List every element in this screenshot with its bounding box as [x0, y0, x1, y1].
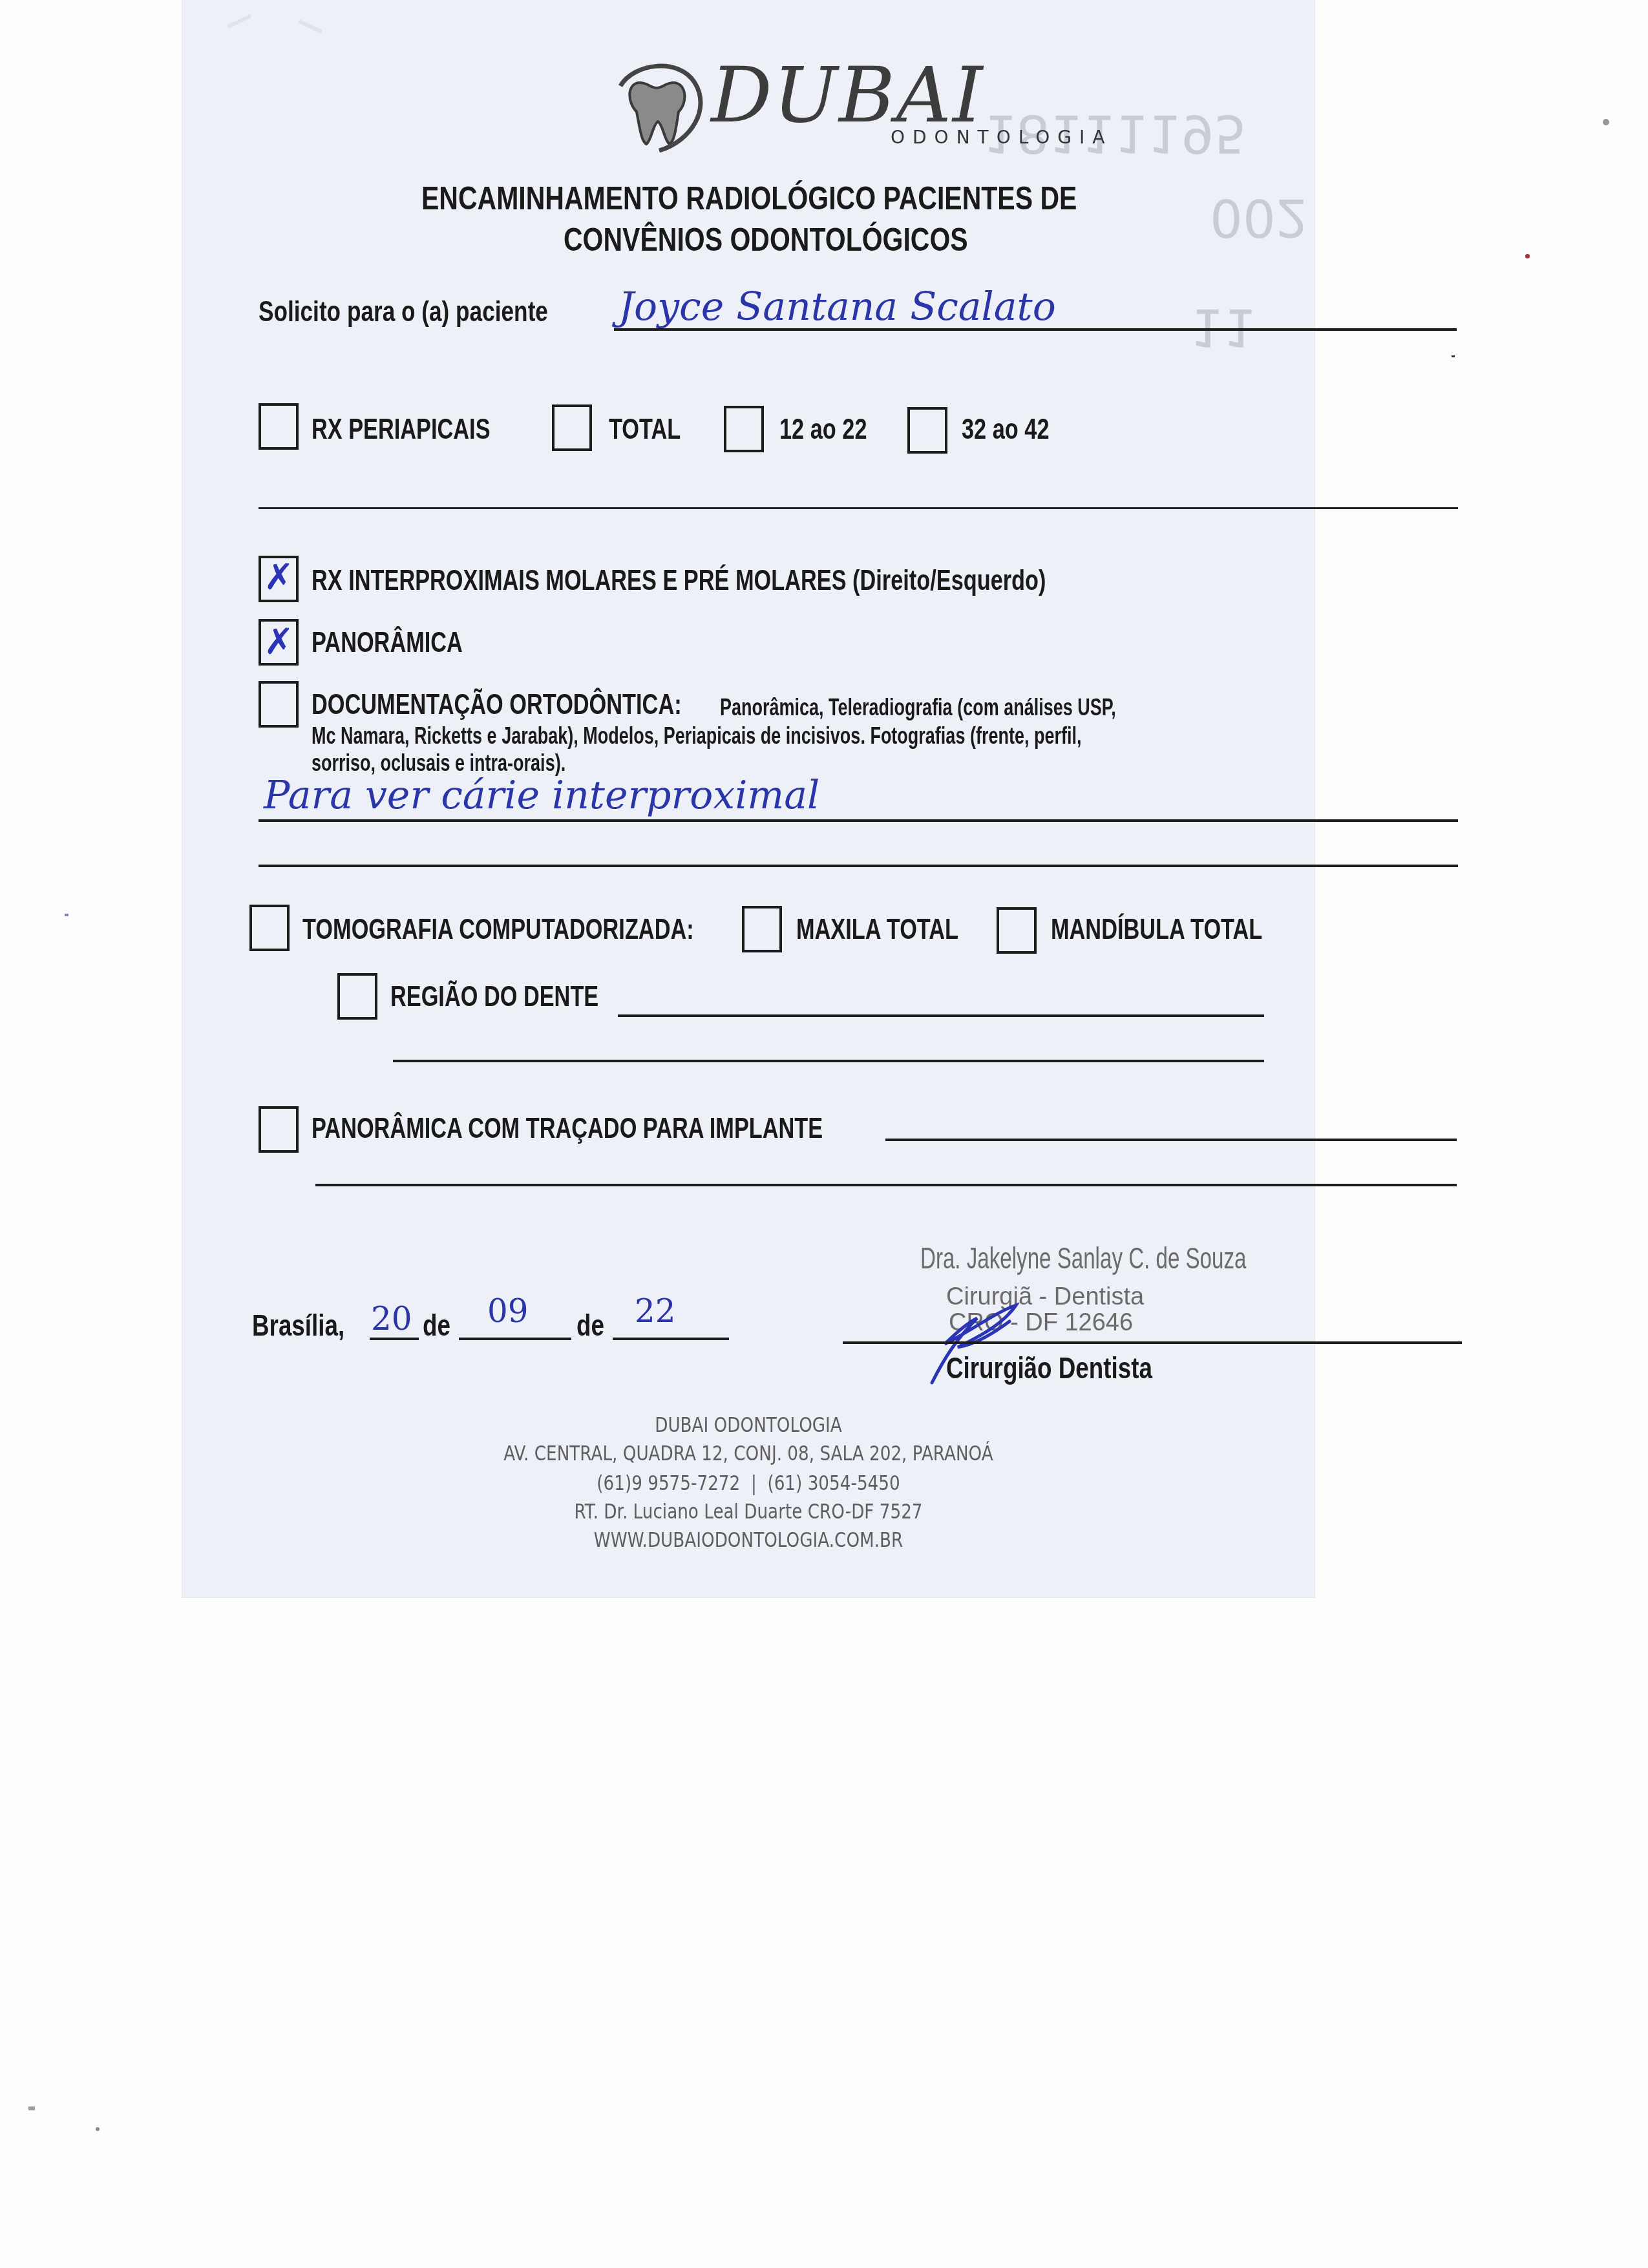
notes-line-1 [259, 819, 1458, 822]
date-city: Brasília, [252, 1308, 344, 1343]
check-mark-icon: ✗ [264, 560, 294, 596]
patient-name-field[interactable]: Joyce Santana Scalato [618, 284, 1056, 330]
ghost-mark: 11 [1190, 297, 1256, 357]
regiao-dente-label: REGIÃO DO DENTE [390, 981, 598, 1013]
tooth-icon [614, 57, 711, 154]
mandibula-total-label: MANDÍBULA TOTAL [1051, 914, 1262, 946]
footer-phones: (61)9 9575-7272 | (61) 3054-5450 [284, 1471, 1213, 1495]
scan-speck [1525, 254, 1530, 258]
date-de-2: de [576, 1308, 604, 1343]
signature-line [843, 1341, 1462, 1344]
page-title-line1: ENCAMINHAMENTO RADIOLÓGICO PACIENTES DE [421, 180, 1077, 217]
scan-speck [28, 2106, 35, 2110]
documentacao-label: DOCUMENTAÇÃO ORTODÔNTICA: [312, 689, 682, 721]
documentacao-checkbox[interactable] [259, 681, 299, 728]
rx-periapicais-checkbox[interactable] [259, 403, 299, 450]
regiao-dente-field[interactable] [618, 1014, 1264, 1017]
total-checkbox[interactable] [552, 404, 592, 451]
tomografia-checkbox[interactable] [249, 905, 290, 951]
documentacao-text: DOCUMENTAÇÃO ORTODÔNTICA: [312, 689, 786, 721]
scan-speck [96, 2127, 100, 2131]
rx-periapicais-label: RX PERIAPICAIS [312, 414, 491, 446]
signature-label: Cirurgião Dentista [946, 1350, 1152, 1385]
documentacao-detail-2: Mc Namara, Ricketts e Jarabak), Modelos,… [312, 722, 1081, 750]
date-year-field[interactable]: 22 [635, 1292, 676, 1330]
implante-field[interactable] [885, 1139, 1457, 1141]
page-title-line2: CONVÊNIOS ODONTOLÓGICOS [564, 221, 968, 258]
divider [259, 507, 1458, 509]
date-month-line [459, 1338, 571, 1340]
ghost-mark: 002 [1210, 187, 1309, 247]
patient-label: Solicito para o (a) paciente [259, 296, 548, 328]
check-mark-icon: ✗ [264, 624, 294, 660]
date-de-1: de [423, 1308, 450, 1343]
date-year-line [613, 1338, 729, 1340]
32-ao-42-checkbox[interactable] [907, 407, 947, 454]
notes-line-2 [259, 865, 1458, 867]
form-sheet: 18111195 002 11 DUBAI ODONTOLOGIA ENCAMI… [182, 0, 1315, 1597]
staple-mark [298, 19, 323, 34]
implante-label: PANORÂMICA COM TRAÇADO PARA IMPLANTE [312, 1113, 823, 1145]
logo: DUBAI ODONTOLOGIA [614, 57, 1105, 154]
scan-speck [1452, 355, 1455, 357]
date-day-line [370, 1338, 419, 1340]
scan-speck [65, 914, 69, 916]
footer-company: DUBAI ODONTOLOGIA [284, 1412, 1213, 1437]
staple-mark [227, 14, 252, 28]
maxila-total-checkbox[interactable] [742, 906, 782, 952]
total-label: TOTAL [609, 414, 681, 446]
tomografia-label: TOMOGRAFIA COMPUTADORIZADA: [302, 914, 694, 946]
footer-rt: RT. Dr. Luciano Leal Duarte CRO-DF 7527 [284, 1499, 1213, 1524]
scan-speck [1603, 119, 1609, 125]
documentacao-detail-1: Panorâmica, Teleradiografia (com análise… [720, 694, 1116, 721]
regiao-dente-line-2 [393, 1060, 1264, 1062]
mandibula-total-checkbox[interactable] [997, 907, 1037, 954]
32-ao-42-label: 32 ao 42 [962, 414, 1049, 446]
footer-website[interactable]: WWW.DUBAIODONTOLOGIA.COM.BR [284, 1528, 1213, 1552]
12-ao-22-checkbox[interactable] [724, 406, 764, 452]
implante-line-2 [315, 1184, 1457, 1186]
maxila-total-label: MAXILA TOTAL [796, 914, 958, 946]
notes-field[interactable]: Para ver cárie interproximal [264, 773, 819, 818]
date-day-field[interactable]: 20 [371, 1300, 412, 1338]
footer-address: AV. CENTRAL, QUADRA 12, CONJ. 08, SALA 2… [284, 1441, 1213, 1465]
panoramica-label: PANORÂMICA [312, 627, 463, 659]
implante-checkbox[interactable] [259, 1106, 299, 1153]
date-month-field[interactable]: 09 [487, 1292, 529, 1330]
rx-interproximais-label: RX INTERPROXIMAIS MOLARES E PRÉ MOLARES … [312, 565, 1046, 597]
stamp-name: Dra. Jakelyne Sanlay C. de Souza [920, 1241, 1246, 1276]
regiao-dente-checkbox[interactable] [337, 973, 377, 1020]
logo-subtitle: ODONTOLOGIA [891, 127, 1112, 148]
12-ao-22-label: 12 ao 22 [779, 414, 867, 446]
